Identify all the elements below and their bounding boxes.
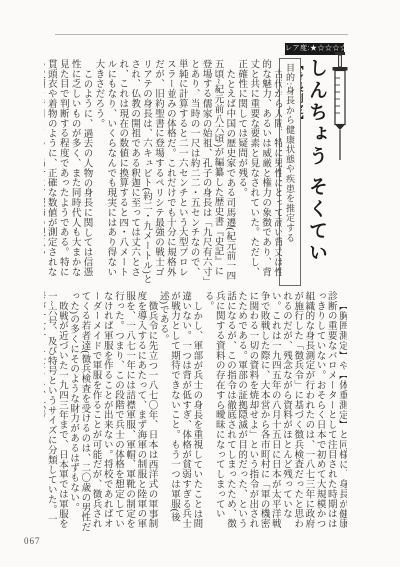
book-page: レア度:★☆☆☆☆ しんちょう そくてい 【身長測定】 目的:身長から健康状態や… [0,0,400,567]
syringe-icon [330,52,350,169]
page-number: 067 [24,536,41,546]
paragraph: 徴兵令に先立つ一八七〇年、日本は西洋式の軍事制度を導入するにあたって、まず海軍の… [67,291,157,534]
paragraph: 敗戦が近づいた一九四三年まで、日本軍では軍服を一~六号、及び特号というサイズに分… [44,291,67,534]
paragraph: このように、過去の人物の身長に関しては信憑性に乏しいものが多く、また同時代人も大… [44,59,92,285]
header-rule [55,34,348,35]
paragraph: しかし、軍部が兵士の身長を重視していたことは間違いない。一つは背が低すぎ、体格が… [157,291,202,534]
body-text-lower: 【胸囲測定】や【体重測定】と同様に、身長が健康診断の重要なバロメーターとして注目… [44,291,347,534]
paragraph: たとえば中国の歴史家である司馬遷(紀元前一四五頃~紀元前八六頃)が編纂した歴史書… [92,59,235,285]
body-text-upper: 古代から人間、特に男性にとって高い背丈は性的な魅力、あるいは威厳と権力の象徴であ… [44,59,282,285]
purpose-box: 目的:身長から健康状態や疾患を推定する [279,58,301,286]
paragraph: 【胸囲測定】や【体重測定】と同様に、身長が健康診断の重要なバロメーターとして注目… [201,291,347,534]
page-title: しんちょう そくてい [303,58,330,273]
paragraph: 古代から人間、特に男性にとって高い背丈は性的な魅力、あるいは威厳と権力の象徴であ… [234,59,282,285]
